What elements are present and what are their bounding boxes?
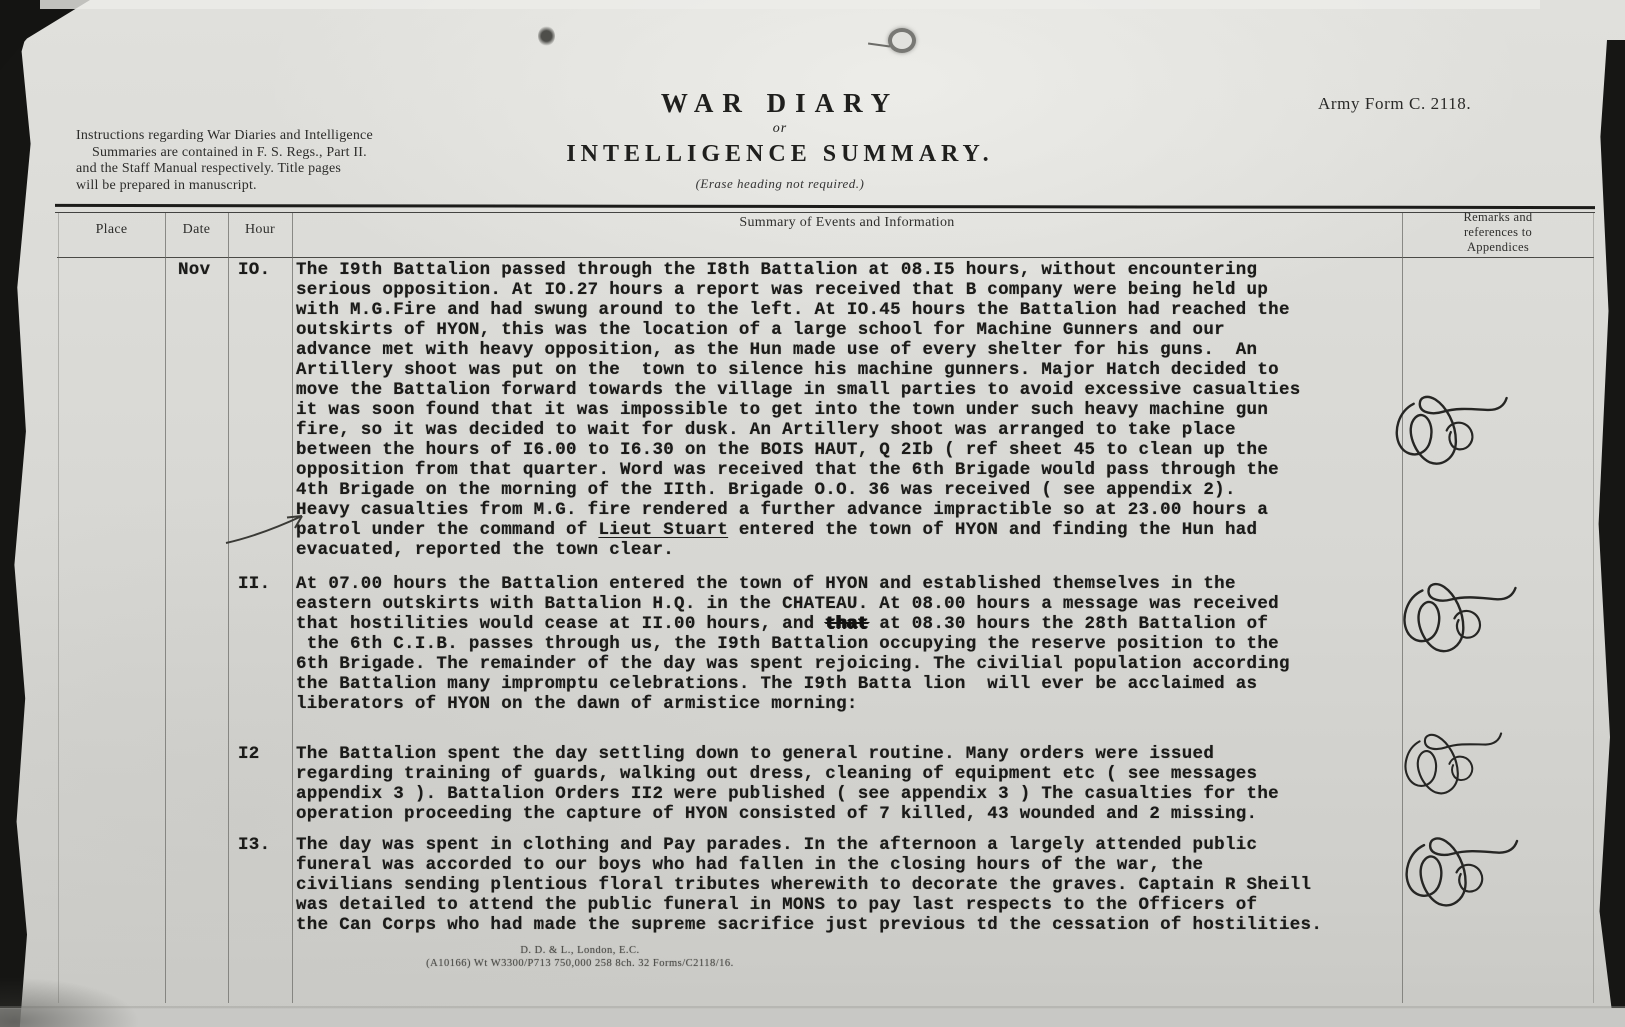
instructions-line: Instructions regarding War Diaries and I… [76,128,456,145]
imprint-line: D. D. & L., London, E.C. [320,944,840,957]
struck-out-text: that [825,614,868,634]
diary-entries: NovIO.The I9th Battalion passed through … [296,260,1411,935]
entry-hour: I3. [238,835,270,855]
diary-entry: NovIO.The I9th Battalion passed through … [296,260,1411,560]
entry-text-line: it was soon found that it was impossible… [296,400,1411,420]
entry-text-line: operation proceeding the capture of HYON… [296,804,1411,824]
table-top-rule-2 [55,212,1595,213]
instructions-line: Summaries are contained in F. S. Regs., … [76,145,456,162]
entry-text-line: was detailed to attend the public funera… [296,895,1411,915]
entry-text-line: advance met with heavy opposition, as th… [296,340,1411,360]
form-title-or: or [555,121,1005,137]
entry-hour: I2 [238,744,260,764]
signature-monogram [1392,710,1513,806]
entry-text-line: regarding training of guards, walking ou… [296,764,1411,784]
diary-entry: II.At 07.00 hours the Battalion entered … [296,574,1411,714]
entry-text-line: The I9th Battalion passed through the I8… [296,260,1411,280]
column-header-remarks: Remarks and references to Appendices [1437,210,1559,255]
entry-text-line: liberators of HYON on the dawn of armist… [296,694,1411,714]
entry-text: entered the town of HYON and finding the… [728,520,1257,540]
entry-text-line: patrol under the command of Lieut Stuart… [296,520,1411,540]
entry-text: at 08.30 hours the 28th Battalion of [869,614,1269,634]
scan-edge-top [40,0,1540,9]
binder-ring-tick [868,42,890,47]
binder-ring-icon [888,28,916,53]
entry-text-line: with M.G.Fire and had swung around to th… [296,300,1411,320]
entry-text-line: opposition from that quarter. Word was r… [296,460,1411,480]
column-divider [165,213,166,1003]
entry-text-line: fire, so it was decided to wait for dusk… [296,420,1411,440]
diary-entry: I3.The day was spent in clothing and Pay… [296,835,1411,935]
signature-monogram [1394,815,1528,918]
form-subtitle: INTELLIGENCE SUMMARY. [555,141,1005,168]
entry-text-line: appendix 3 ). Battalion Orders II2 were … [296,784,1411,804]
entry-text-line: At 07.00 hours the Battalion entered the… [296,574,1411,594]
army-form-number: Army Form C. 2118. [1318,94,1471,114]
entry-text-line: 6th Brigade. The remainder of the day wa… [296,654,1411,674]
entry-text-line: The Battalion spent the day settling dow… [296,744,1411,764]
entry-text-line: the Can Corps who had made the supreme s… [296,915,1411,935]
column-header-hour: Hour [228,222,292,238]
form-title-block: WAR DIARY or INTELLIGENCE SUMMARY. (Eras… [555,88,1005,192]
column-divider [58,213,59,1003]
column-header-place: Place [58,222,165,238]
form-erase-note: (Erase heading not required.) [555,176,1005,192]
instructions-line: and the Staff Manual respectively. Title… [76,161,456,178]
entry-text-line: between the hours of I6.00 to I6.30 on t… [296,440,1411,460]
column-header-summary: Summary of Events and Information [292,215,1402,231]
signature-monogram [1384,372,1519,477]
table-top-rule [55,204,1595,209]
scanned-war-diary-page: Instructions regarding War Diaries and I… [0,0,1625,1027]
punch-hole-icon [538,26,555,46]
entry-text-line: that hostilities would cease at II.00 ho… [296,614,1411,634]
entry-text-line: Heavy casualties from M.G. fire rendered… [296,500,1411,520]
entry-text-line: 4th Brigade on the morning of the IIth. … [296,480,1411,500]
entry-text-line: outskirts of HYON, this was the location… [296,320,1411,340]
column-divider [292,213,293,1003]
signature-monogram [1393,562,1525,663]
entry-text: that hostilities would cease at II.00 ho… [296,614,825,634]
diary-entry: I2The Battalion spent the day settling d… [296,744,1411,824]
entry-text-line: serious opposition. At IO.27 hours a rep… [296,280,1411,300]
column-divider [1593,213,1594,1003]
entry-hour: IO. [238,260,270,280]
entry-text-line: The day was spent in clothing and Pay pa… [296,835,1411,855]
imprint-line: (A10166) Wt W3300/P713 750,000 258 8ch. … [320,957,840,970]
entry-text-line: the Battalion many impromptu celebration… [296,674,1411,694]
entry-text-line: evacuated, reported the town clear. [296,540,1411,560]
printer-imprint: D. D. & L., London, E.C. (A10166) Wt W33… [320,944,840,970]
entry-hour: II. [238,574,270,594]
entry-text-line: Artillery shoot was put on the town to s… [296,360,1411,380]
scan-edge-left [0,0,36,1027]
entry-date: Nov [178,260,210,280]
entry-text-line: the 6th C.I.B. passes through us, the I9… [296,634,1411,654]
instructions-line: will be prepared in manuscript. [76,178,456,195]
form-instructions: Instructions regarding War Diaries and I… [76,128,456,194]
entry-text-line: move the Battalion forward towards the v… [296,380,1411,400]
entry-text: patrol under the command of [296,520,598,540]
entry-text-line: funeral was accorded to our boys who had… [296,855,1411,875]
column-divider [228,213,229,1003]
scan-edge-bottom [0,1008,1625,1027]
form-title: WAR DIARY [555,88,1005,119]
margin-arrow-icon [222,503,317,548]
scan-smudge-bottom-left [0,977,140,1027]
entry-text-line: civilians sending plentious floral tribu… [296,875,1411,895]
table-header-rule [57,257,1594,258]
underlined-text: Lieut Stuart [598,520,728,540]
column-header-date: Date [165,222,228,238]
entry-text-line: eastern outskirts with Battalion H.Q. in… [296,594,1411,614]
scan-edge-right [1595,40,1625,1008]
